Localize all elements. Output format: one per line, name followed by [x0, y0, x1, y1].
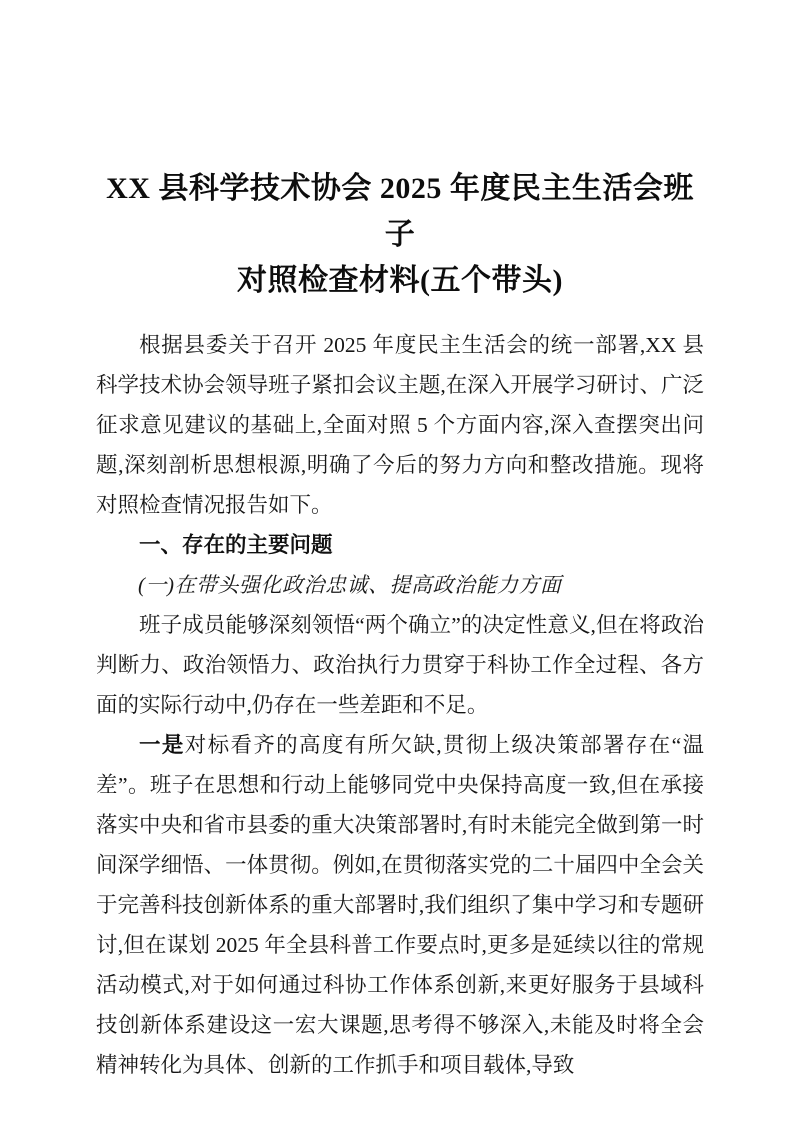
paragraph-first-issue: 一是对标看齐的高度有所欠缺,贯彻上级决策部署存在“温差”。班子在思想和行动上能够… [96, 725, 704, 1085]
subsection-heading-political-loyalty: (一)在带头强化政治忠诚、提高政治能力方面 [96, 565, 704, 605]
document-title: XX 县科学技术协会 2025 年度民主生活会班子 对照检查材料(五个带头) [96, 166, 704, 304]
document-page: XX 县科学技术协会 2025 年度民主生活会班子 对照检查材料(五个带头) 根… [0, 0, 800, 1131]
paragraph-first-issue-lead: 一是 [139, 733, 185, 757]
document-title-line-1: XX 县科学技术协会 2025 年度民主生活会班子 [96, 166, 704, 258]
document-title-line-2: 对照检查材料(五个带头) [96, 258, 704, 304]
paragraph-two-establishes: 班子成员能够深刻领悟“两个确立”的决定性意义,但在将政治判断力、政治领悟力、政治… [96, 605, 704, 725]
section-heading-main-problems: 一、存在的主要问题 [96, 525, 704, 565]
paragraph-first-issue-text: 对标看齐的高度有所欠缺,贯彻上级决策部署存在“温差”。班子在思想和行动上能够同党… [96, 733, 704, 1077]
intro-paragraph: 根据县委关于召开 2025 年度民主生活会的统一部署,XX 县科学技术协会领导班… [96, 325, 704, 525]
